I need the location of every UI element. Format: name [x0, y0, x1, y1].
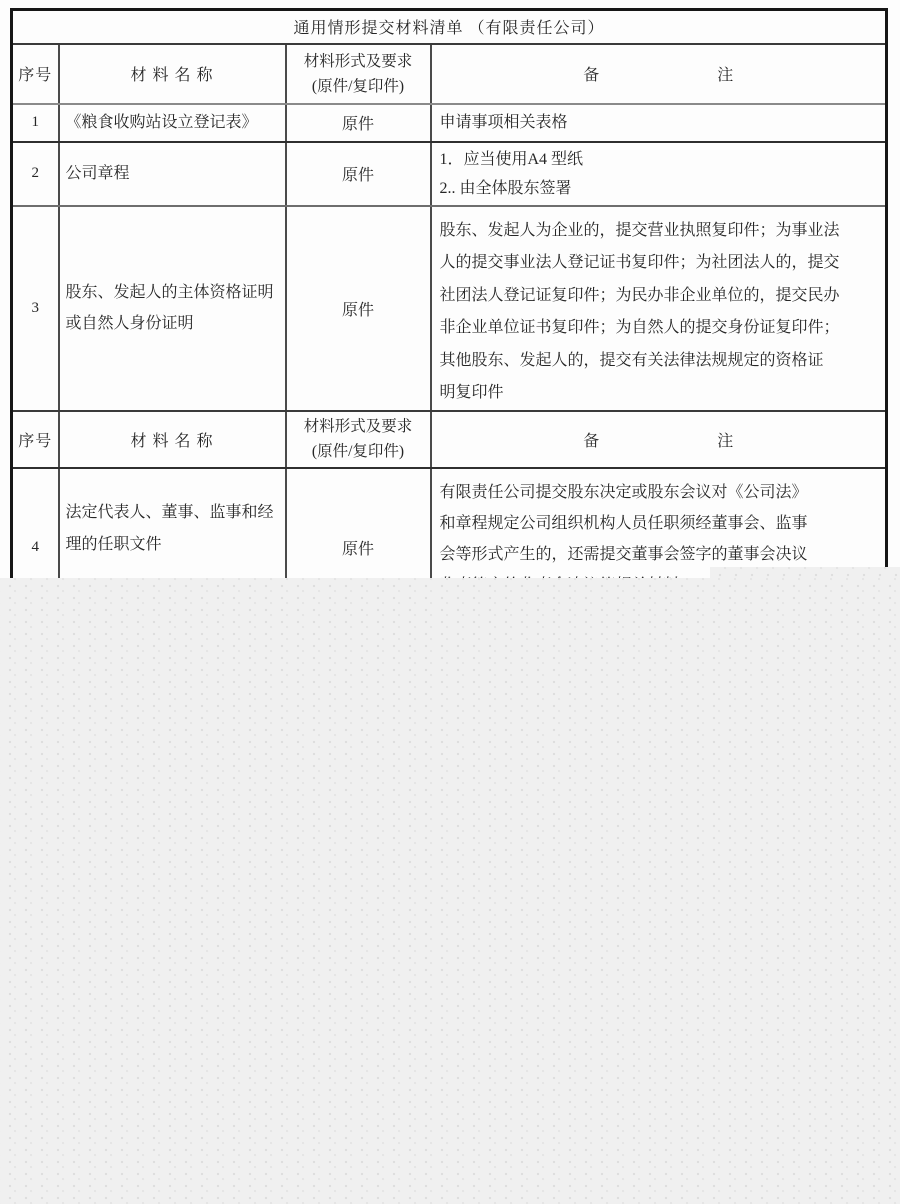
header-remark-left: 备	[583, 428, 599, 451]
header-col-form-line2: (原件/复印件)	[287, 439, 430, 464]
header-col-name: 材 料 名 称	[59, 411, 286, 468]
row4-name: 法定代表人、董事、监事和经理的任职文件	[59, 468, 286, 579]
header-col-form: 材料形式及要求 (原件/复印件)	[286, 44, 431, 104]
table-row: 1 《粮食收购站设立登记表》 原件 申请事项相关表格	[12, 104, 887, 142]
table-row: 4 法定代表人、董事、监事和经理的任职文件 原件 有限责任公司提交股东决定或股东…	[12, 468, 887, 579]
header-col-name: 材 料 名 称	[59, 44, 286, 104]
row1-remark: 申请事项相关表格	[431, 104, 887, 142]
header-col-remark: 备 注	[431, 411, 887, 468]
row3-remark-line: 非企业单位证书复印件；为自然人的提交身份证复印件；	[440, 312, 878, 345]
document-page: 通用情形提交材料清单 （有限责任公司） 序号 材 料 名 称 材料形式及要求 (…	[0, 0, 900, 578]
screenshot-root: { "document": { "title": "通用情形提交材料清单 （有限…	[0, 0, 900, 1204]
row4-remark-line: 有限责任公司提交股东决定或股东会议对《公司法》	[440, 477, 878, 508]
row4-remark-line: 会等形式产生的，还需提交董事会签字的董事会决议	[440, 539, 878, 570]
header-col-form-line1: 材料形式及要求	[287, 49, 430, 74]
row3-remark: 股东、发起人为企业的，提交营业执照复印件；为事业法 人的提交事业法人登记证书复印…	[431, 206, 887, 411]
row4-no: 4	[12, 468, 59, 579]
row2-remark: 1．应当使用A4 型纸 2.. 由全体股东签署	[431, 142, 887, 206]
row1-remark-line: 申请事项相关表格	[440, 113, 878, 133]
header-col-remark: 备 注	[431, 44, 887, 104]
header-col-no: 序号	[12, 411, 59, 468]
row3-name: 股东、发起人的主体资格证明或自然人身份证明	[59, 206, 286, 411]
backdrop-notch	[710, 567, 900, 578]
materials-table: 通用情形提交材料清单 （有限责任公司） 序号 材 料 名 称 材料形式及要求 (…	[10, 8, 888, 578]
row4-remark: 有限责任公司提交股东决定或股东会议对《公司法》 和章程规定公司组织机构人员任职须…	[431, 468, 887, 579]
document-title: 通用情形提交材料清单 （有限责任公司）	[12, 10, 887, 44]
row3-remark-line: 人的提交事业法人登记证书复印件；为社团法人的，提交	[440, 247, 878, 280]
header-row-1: 序号 材 料 名 称 材料形式及要求 (原件/复印件) 备 注	[12, 44, 887, 104]
header-remark-right: 注	[717, 428, 733, 451]
row2-name: 公司章程	[59, 142, 286, 206]
row3-form: 原件	[286, 206, 431, 411]
header-row-2: 序号 材 料 名 称 材料形式及要求 (原件/复印件) 备 注	[12, 411, 887, 468]
row2-form: 原件	[286, 142, 431, 206]
row4-remark-line: 和章程规定公司组织机构人员任职须经董事会、监事	[440, 508, 878, 539]
header-remark-right: 注	[717, 62, 733, 85]
header-col-form-line1: 材料形式及要求	[287, 414, 430, 439]
row2-no: 2	[12, 142, 59, 206]
row3-remark-line: 股东、发起人为企业的，提交营业执照复印件；为事业法	[440, 215, 878, 248]
table-row: 2 公司章程 原件 1．应当使用A4 型纸 2.. 由全体股东签署	[12, 142, 887, 206]
row3-remark-line: 明复印件	[440, 377, 878, 410]
row4-form: 原件	[286, 468, 431, 579]
table-row: 3 股东、发起人的主体资格证明或自然人身份证明 原件 股东、发起人为企业的，提交…	[12, 206, 887, 411]
row3-no: 3	[12, 206, 59, 411]
header-col-no: 序号	[12, 44, 59, 104]
table-title-row: 通用情形提交材料清单 （有限责任公司）	[12, 10, 887, 44]
backdrop	[0, 578, 900, 1204]
header-col-form: 材料形式及要求 (原件/复印件)	[286, 411, 431, 468]
row2-remark-line: 1．应当使用A4 型纸	[440, 145, 878, 174]
row3-remark-line: 社团法人登记证复印件；为民办非企业单位的，提交民办	[440, 280, 878, 313]
row1-name: 《粮食收购站设立登记表》	[59, 104, 286, 142]
row1-no: 1	[12, 104, 59, 142]
row1-form: 原件	[286, 104, 431, 142]
row3-remark-line: 其他股东、发起人的，提交有关法律法规规定的资格证	[440, 345, 878, 378]
header-col-form-line2: (原件/复印件)	[287, 74, 430, 99]
header-remark-left: 备	[583, 62, 599, 85]
row2-remark-line: 2.. 由全体股东签署	[440, 174, 878, 203]
